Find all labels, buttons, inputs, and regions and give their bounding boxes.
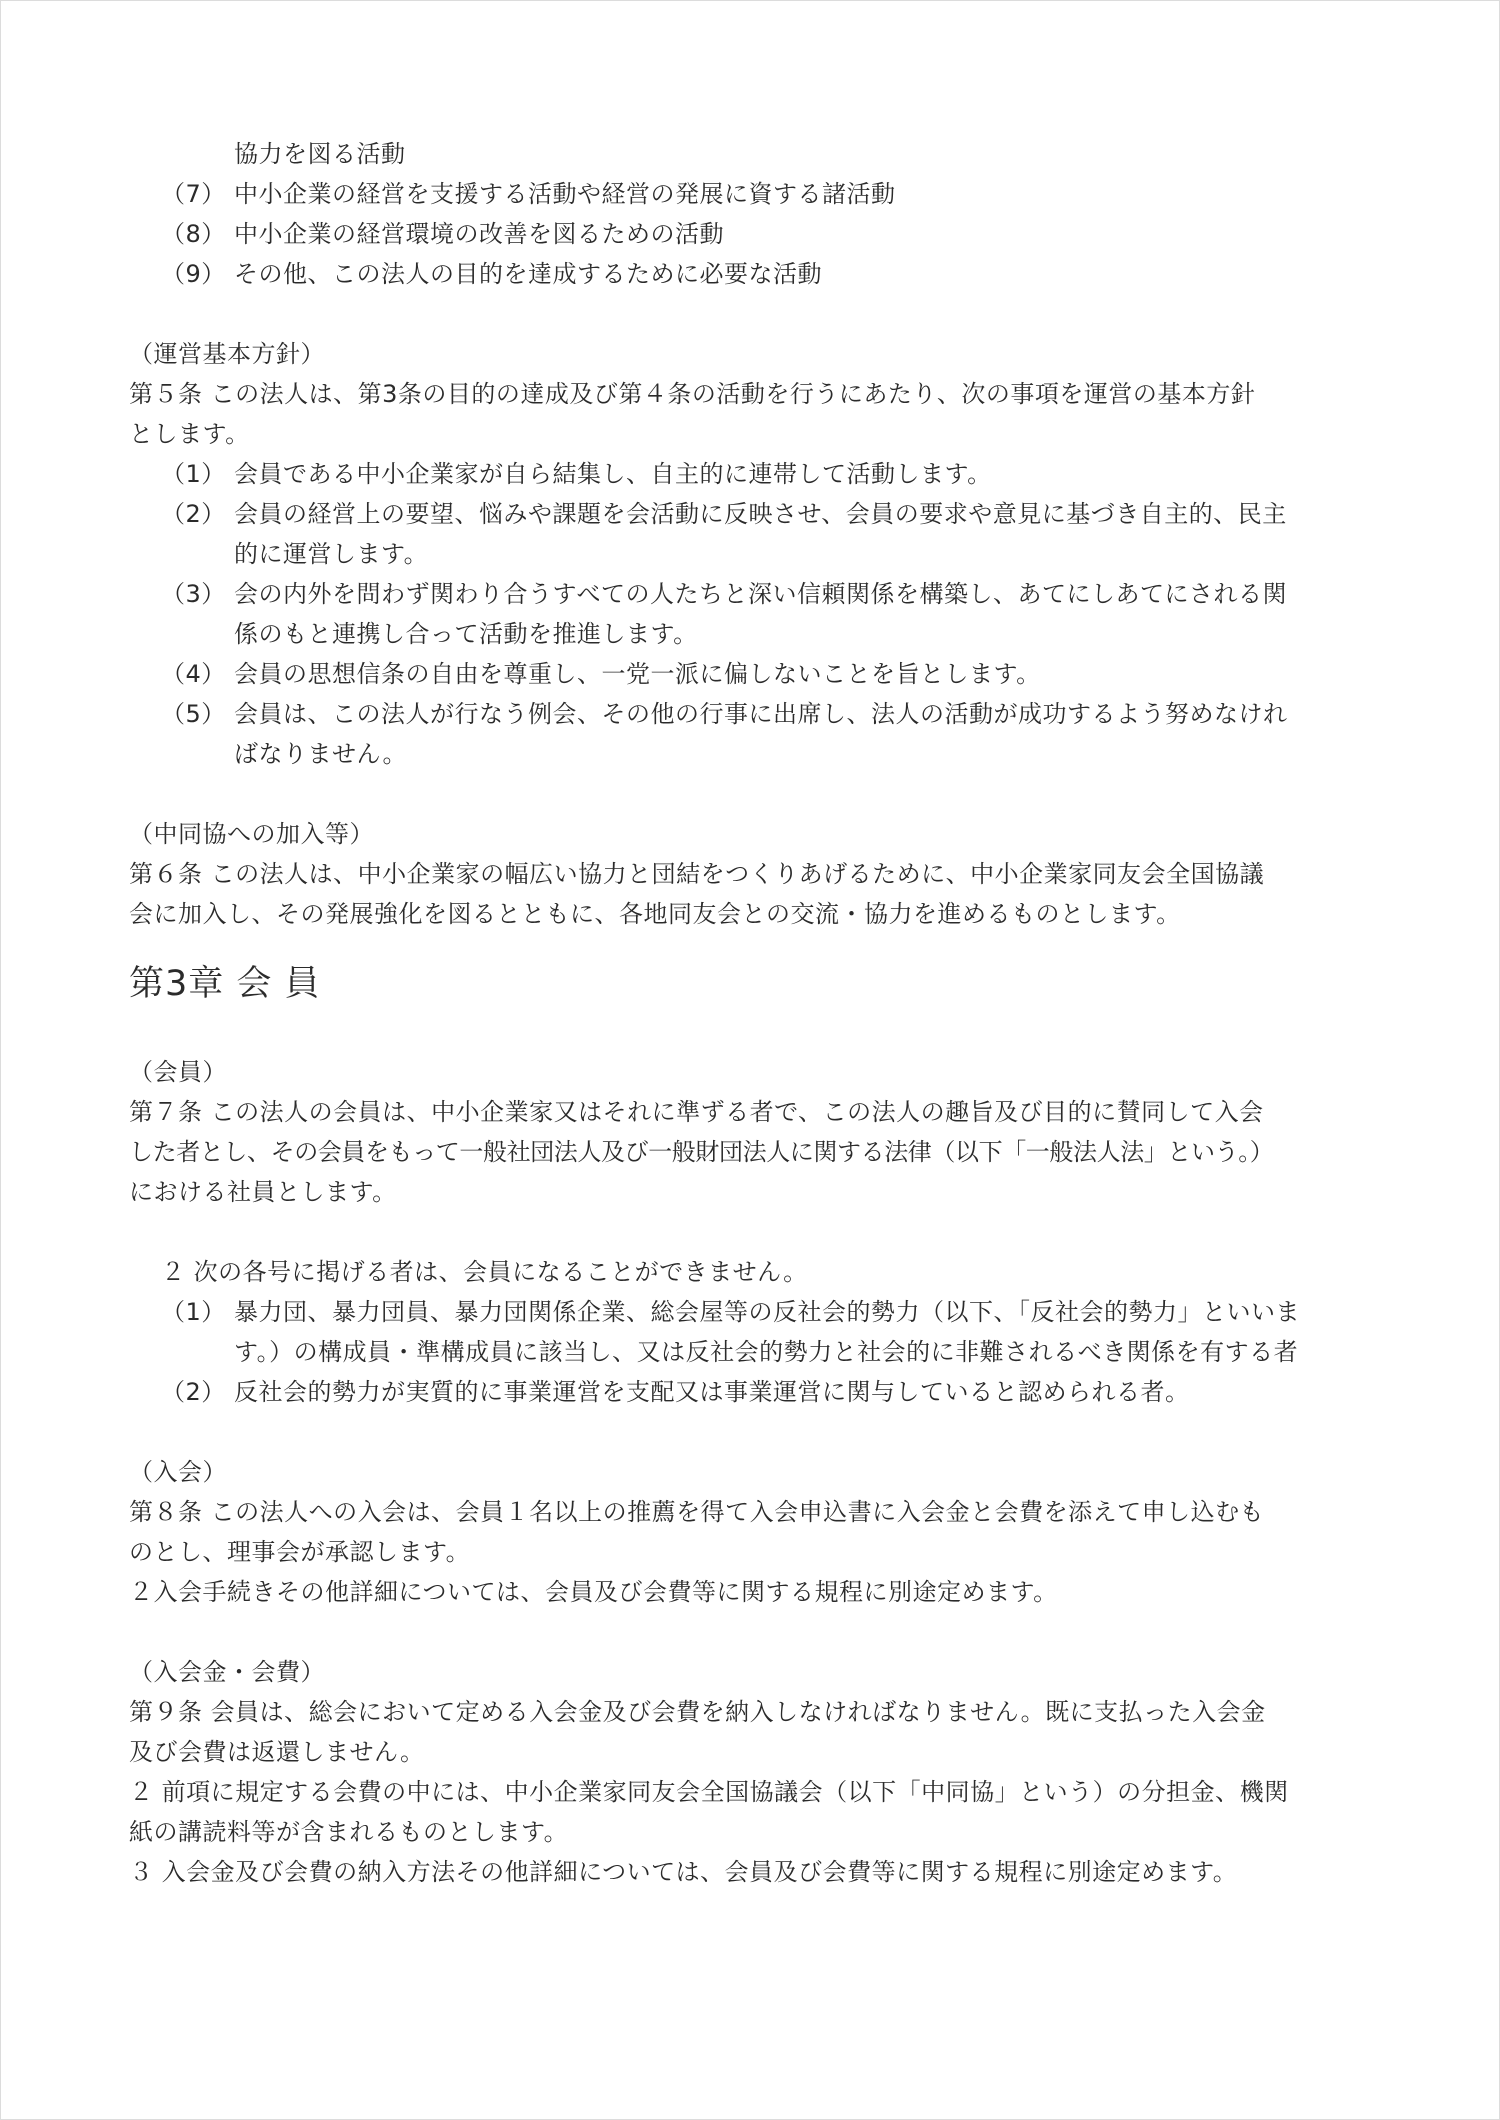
article9-line: 及び会費は返還しません。 (129, 1732, 1379, 1772)
article7-line: 第７条 この法人の会員は、中小企業家又はそれに準ずる者で、この法人の趣旨及び目的… (129, 1092, 1379, 1132)
item-number: （1） (161, 454, 226, 494)
article9-line: 第９条 会員は、総会において定める入会金及び会費を納入しなければなりません。既に… (129, 1692, 1379, 1732)
article5-item-4: （4） 会員の思想信条の自由を尊重し、一党一派に偏しないことを旨とします。 (129, 654, 1379, 694)
document-page: 協力を図る活動 （7） 中小企業の経営を支援する活動や経営の発展に資する諸活動 … (0, 0, 1500, 2120)
item-number: （5） (161, 694, 226, 734)
article7-item-2: （2） 反社会的勢力が実質的に事業運営を支配又は事業運営に関与していると認められ… (129, 1372, 1379, 1412)
item-text: 中小企業の経営環境の改善を図るための活動 (234, 220, 724, 248)
item-number: （4） (161, 654, 226, 694)
spacer (129, 1612, 1379, 1652)
article9-line: ３ 入会金及び会費の納入方法その他詳細については、会員及び会費等に関する規程に別… (129, 1852, 1379, 1892)
spacer (129, 1212, 1379, 1252)
article7-line: した者とし、その会員をもって一般社団法人及び一般財団法人に関する法律（以下「一般… (129, 1132, 1379, 1172)
item-text: 会の内外を問わず関わり合うすべての人たちと深い信頼関係を構築し、あてにしあてにさ… (234, 580, 1287, 608)
continuation-line: 協力を図る活動 (129, 134, 1379, 174)
item-text: その他、この法人の目的を達成するために必要な活動 (234, 260, 822, 288)
article5-heading: （運営基本方針） (129, 334, 1379, 374)
chapter-title: 第3章 会 員 (129, 960, 1379, 1008)
article6-line: 会に加入し、その発展強化を図るとともに、各地同友会との交流・協力を進めるものとし… (129, 894, 1379, 934)
item-text: 会員は、この法人が行なう例会、その他の行事に出席し、法人の活動が成功するよう努め… (234, 700, 1288, 728)
item-continuation: す。）の構成員・準構成員に該当し、又は反社会的勢力と社会的に非難されるべき関係を… (129, 1332, 1379, 1372)
item-number: （2） (161, 1372, 226, 1412)
article8-line: ２入会手続きその他詳細については、会員及び会費等に関する規程に別途定めます。 (129, 1572, 1379, 1612)
article9-heading: （入会金・会費） (129, 1652, 1379, 1692)
article7-line: における社員とします。 (129, 1172, 1379, 1212)
item-continuation: 的に運営します。 (129, 534, 1379, 574)
item-text: 会員である中小企業家が自ら結集し、自主的に連帯して活動します。 (234, 460, 992, 488)
spacer (129, 1412, 1379, 1452)
article6-heading: （中同協への加入等） (129, 814, 1379, 854)
article5-item-3: （3） 会の内外を問わず関わり合うすべての人たちと深い信頼関係を構築し、あてにし… (129, 574, 1379, 614)
item-number: （8） (161, 214, 226, 254)
document-body: 協力を図る活動 （7） 中小企業の経営を支援する活動や経営の発展に資する諸活動 … (129, 134, 1379, 1892)
item-continuation: 係のもと連携し合って活動を推進します。 (129, 614, 1379, 654)
item-number: （9） (161, 254, 226, 294)
item-text: 会員の思想信条の自由を尊重し、一党一派に偏しないことを旨とします。 (234, 660, 1041, 688)
item-text: 会員の経営上の要望、悩みや課題を会活動に反映させ、会員の要求や意見に基づき自主的… (234, 500, 1287, 528)
article8-heading: （入会） (129, 1452, 1379, 1492)
item-number: （2） (161, 494, 226, 534)
activity-item-9: （9） その他、この法人の目的を達成するために必要な活動 (129, 254, 1379, 294)
article9-line: 紙の講読料等が含まれるものとします。 (129, 1812, 1379, 1852)
article5-item-5: （5） 会員は、この法人が行なう例会、その他の行事に出席し、法人の活動が成功する… (129, 694, 1379, 734)
spacer (129, 294, 1379, 334)
article5-item-2: （2） 会員の経営上の要望、悩みや課題を会活動に反映させ、会員の要求や意見に基づ… (129, 494, 1379, 534)
item-number: （3） (161, 574, 226, 614)
item-text: 暴力団、暴力団員、暴力団関係企業、総会屋等の反社会的勢力（以下、「反社会的勢力」… (234, 1298, 1300, 1326)
activity-item-7: （7） 中小企業の経営を支援する活動や経営の発展に資する諸活動 (129, 174, 1379, 214)
item-number: （7） (161, 174, 226, 214)
activity-item-8: （8） 中小企業の経営環境の改善を図るための活動 (129, 214, 1379, 254)
article6-line: 第６条 この法人は、中小企業家の幅広い協力と団結をつくりあげるために、中小企業家… (129, 854, 1379, 894)
article5-line: とします。 (129, 414, 1379, 454)
item-text: 反社会的勢力が実質的に事業運営を支配又は事業運営に関与していると認められる者。 (234, 1378, 1190, 1406)
article7-item-1: （1） 暴力団、暴力団員、暴力団関係企業、総会屋等の反社会的勢力（以下、「反社会… (129, 1292, 1379, 1332)
article9-line: ２ 前項に規定する会費の中には、中小企業家同友会全国協議会（以下「中同協」という… (129, 1772, 1379, 1812)
article8-line: のとし、理事会が承認します。 (129, 1532, 1379, 1572)
article7-heading: （会員） (129, 1052, 1379, 1092)
item-text: 中小企業の経営を支援する活動や経営の発展に資する諸活動 (234, 180, 896, 208)
item-continuation: ばなりません。 (129, 734, 1379, 774)
article5-line: 第５条 この法人は、第3条の目的の達成及び第４条の活動を行うにあたり、次の事項を… (129, 374, 1379, 414)
article5-item-1: （1） 会員である中小企業家が自ら結集し、自主的に連帯して活動します。 (129, 454, 1379, 494)
article8-line: 第８条 この法人への入会は、会員１名以上の推薦を得て入会申込書に入会金と会費を添… (129, 1492, 1379, 1532)
article7-paragraph-2: ２ 次の各号に掲げる者は、会員になることができません。 (129, 1252, 1379, 1292)
item-number: （1） (161, 1292, 226, 1332)
spacer (129, 774, 1379, 814)
